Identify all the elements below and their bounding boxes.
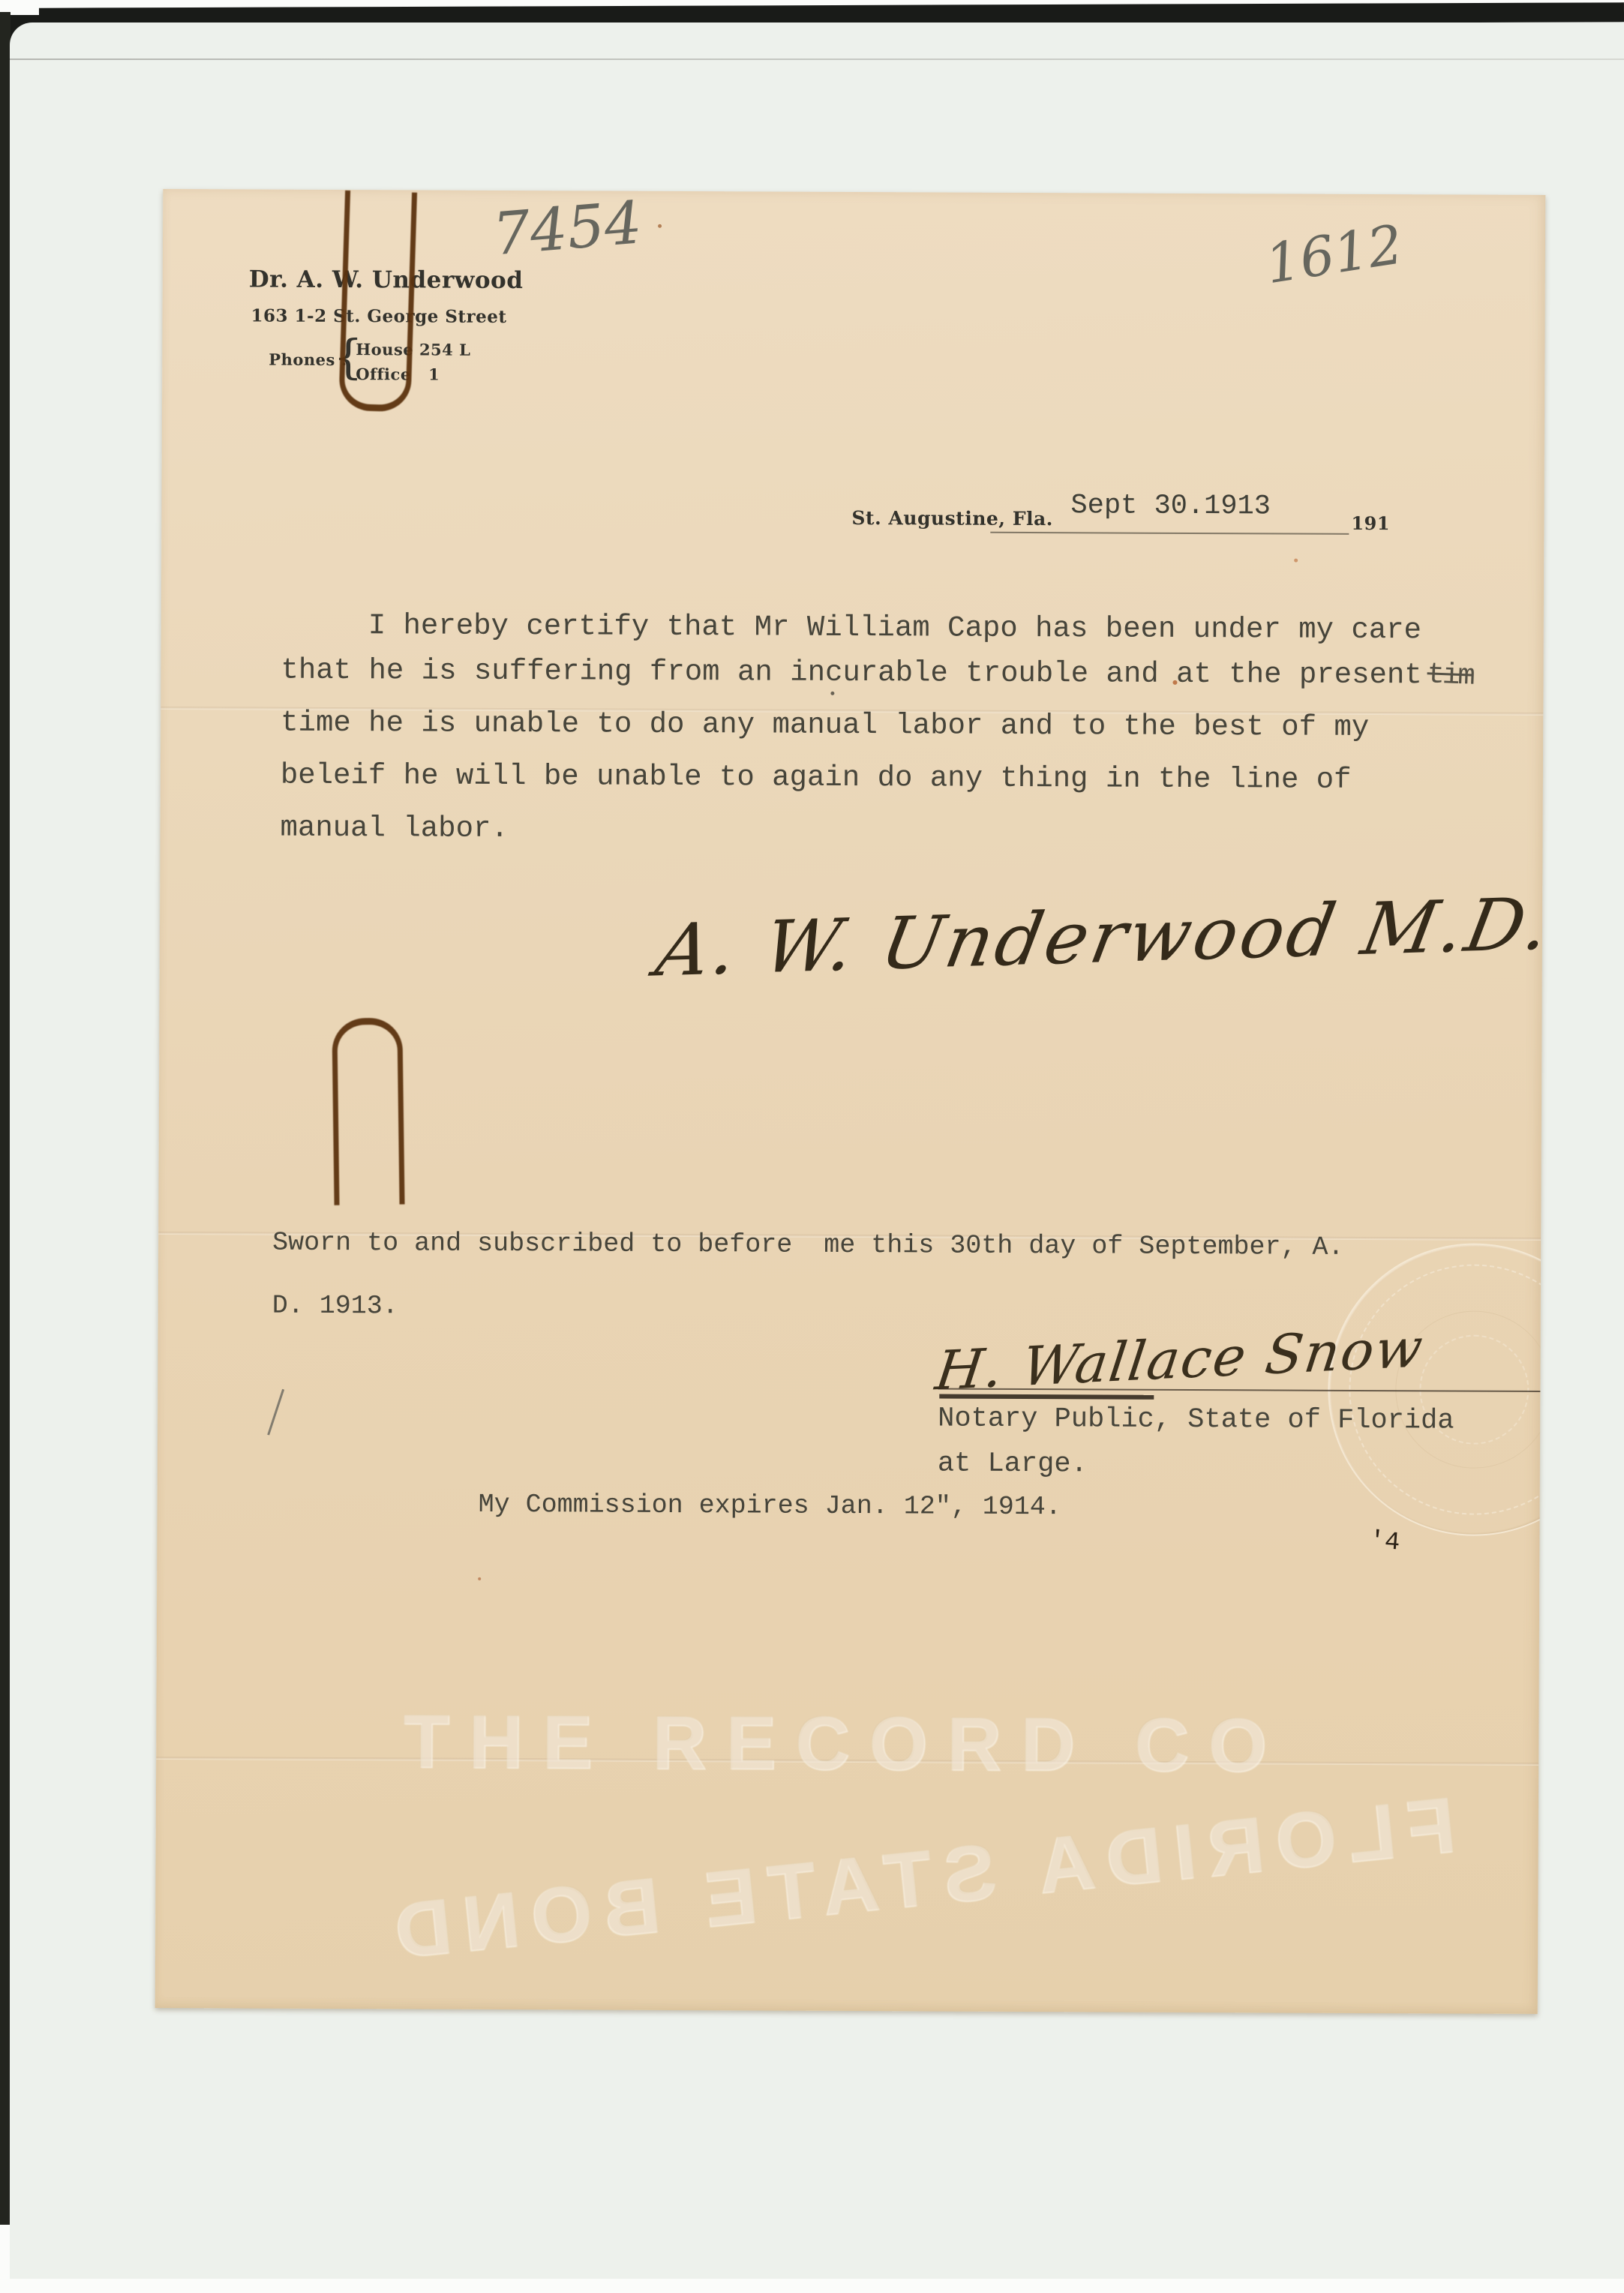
notary-title-line-1: Notary Public, State of Florida <box>938 1403 1454 1437</box>
commission-line: My Commission expires Jan. 12", 1914. <box>479 1490 1061 1522</box>
document-scan: THE RECORD CO FLORIDA STATE BOND Dr. A. … <box>0 0 1624 2293</box>
scanner-frame-left <box>0 12 11 2225</box>
foxing-speck <box>1294 559 1298 563</box>
letter-page: THE RECORD CO FLORIDA STATE BOND Dr. A. … <box>155 189 1546 2014</box>
pencil-slash-mark <box>267 1389 284 1436</box>
ink-mark: '4 <box>1368 1527 1401 1558</box>
dateline-typed-date: Sept 30.1913 <box>1070 490 1271 522</box>
notary-signature-line-thick <box>939 1394 1154 1400</box>
sworn-line-2: D. 1913. <box>272 1291 398 1322</box>
body-line-5: manual labor. <box>280 812 508 845</box>
foxing-speck <box>478 1577 481 1580</box>
paperclip-rust-stain-top <box>338 191 417 413</box>
body-line-3: time he is unable to do any manual labor… <box>281 707 1369 744</box>
body-line-4: beleif he will be unable to again do any… <box>281 759 1352 797</box>
watermark-diagonal-mirrored: FLORIDA STATE BOND <box>379 1781 1459 1978</box>
paperclip-rust-stain-middle <box>332 1018 404 1205</box>
body-line-2: that he is suffering from an incurable t… <box>281 654 1421 692</box>
body-line-1: I hereby certify that Mr William Capo ha… <box>368 609 1421 647</box>
pencil-file-number: 7454 <box>491 189 644 269</box>
dateline-place: St. Augustine, Fla. <box>851 507 1053 530</box>
sworn-line-1: Sworn to and subscribed to before me thi… <box>272 1228 1343 1262</box>
pencil-page-number: 1612 <box>1262 212 1407 296</box>
notary-title-line-2: at Large. <box>938 1448 1088 1481</box>
ink-speck <box>830 692 834 695</box>
foxing-speck <box>1172 680 1177 685</box>
dateline-year-stub: 191 <box>1351 512 1390 534</box>
physician-signature: A. W. Underwood M.D. <box>650 882 1546 993</box>
dateline-rule <box>990 532 1349 535</box>
backing-crease-line <box>10 59 1624 60</box>
watermark-record-co: THE RECORD CO <box>404 1699 1286 1789</box>
foxing-speck <box>658 224 662 228</box>
body-struck-word: tim <box>1427 658 1474 692</box>
